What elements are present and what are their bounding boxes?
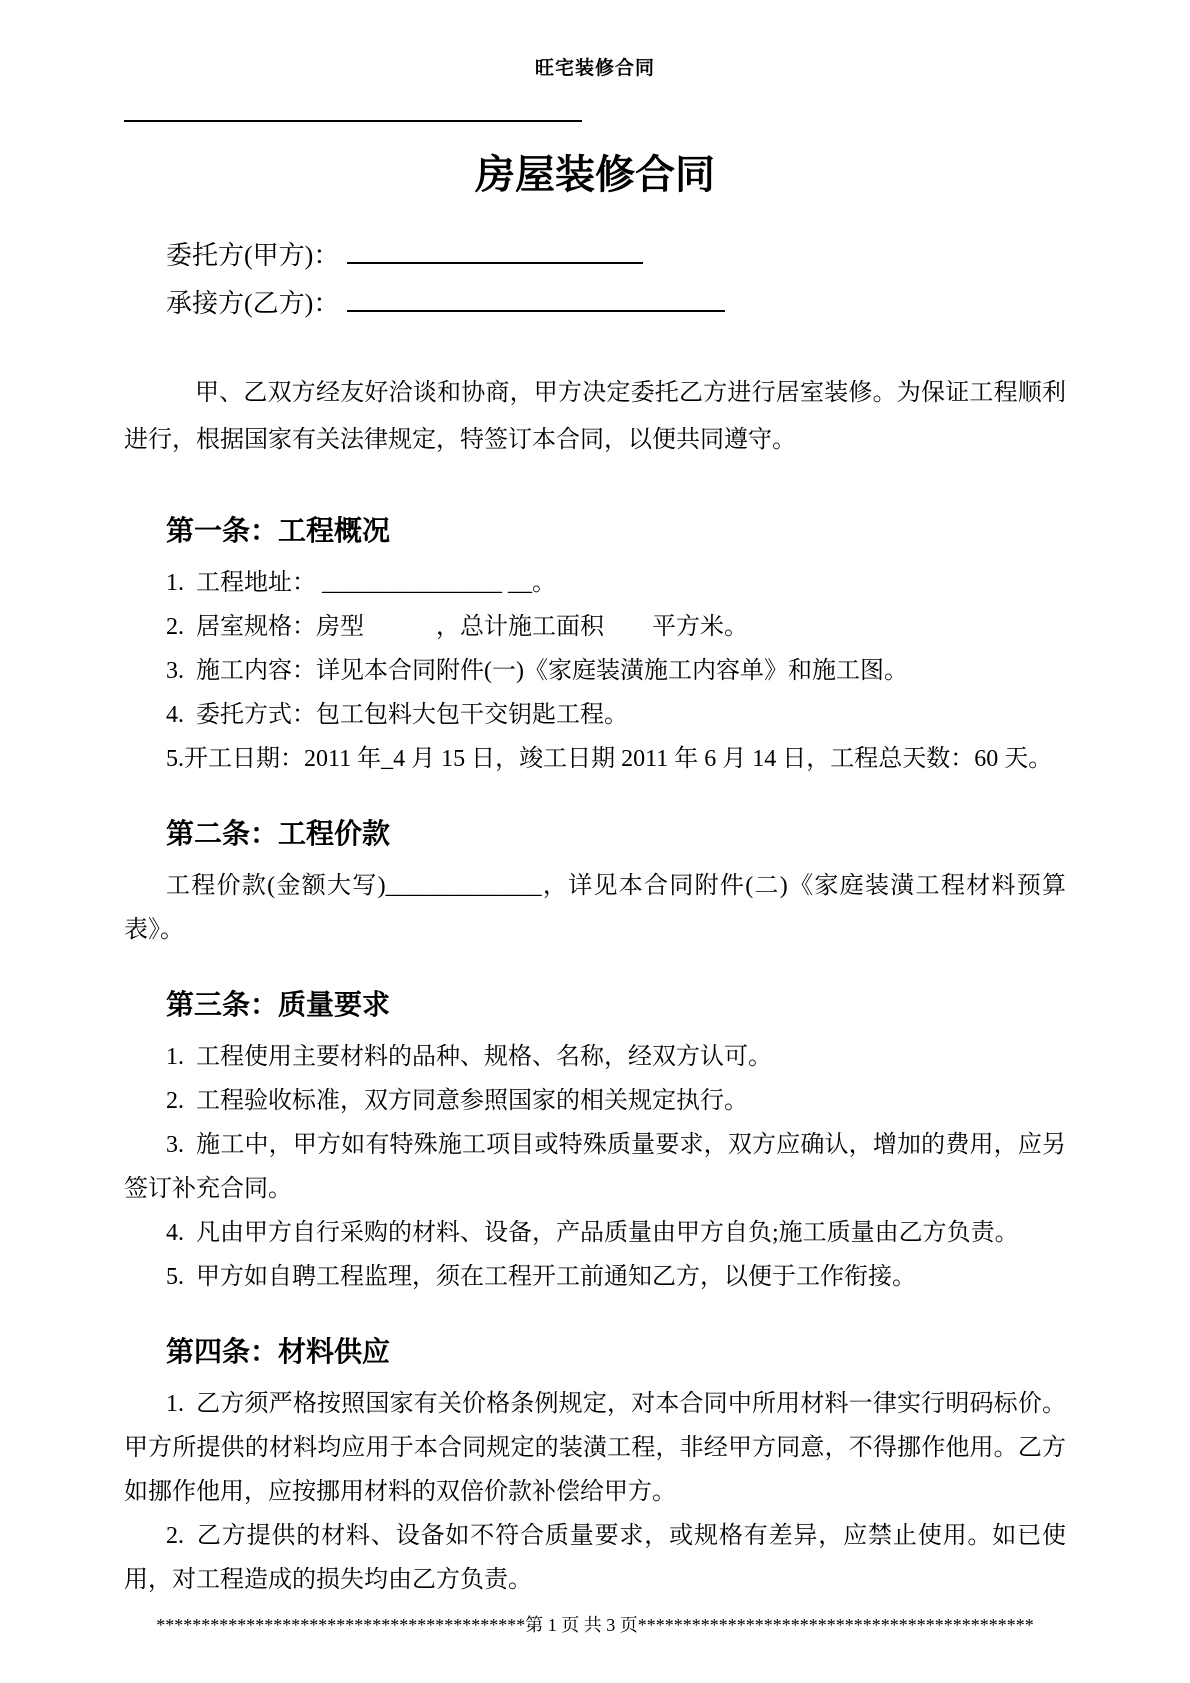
document-title: 房屋装修合同: [124, 146, 1066, 204]
clause-room-spec: 2. 居室规格：房型 ，总计施工面积 平方米。: [124, 605, 1066, 649]
footer-stars-left: ****************************************…: [156, 1615, 525, 1635]
running-header: 旺宅装修合同: [124, 56, 1066, 82]
party-a-label: 委托方(甲方)：: [166, 241, 339, 270]
clause-construction-content: 3. 施工内容：详见本合同附件(一)《家庭装潢施工内容单》和施工图。: [124, 649, 1066, 693]
section-project-overview: 第一条：工程概况 1. 工程地址： _______________ __。 2.…: [124, 514, 1066, 781]
clause-price: 工程价款(金额大写)_____________，详见本合同附件(二)《家庭装潢工…: [124, 864, 1066, 952]
intro-paragraph: 甲、乙双方经友好洽谈和协商，甲方决定委托乙方进行居室装修。为保证工程顺利进行，根…: [124, 370, 1066, 464]
clause-material-1: 1. 乙方须严格按照国家有关价格条例规定，对本合同中所用材料一律实行明码标价。甲…: [124, 1382, 1066, 1514]
section-3-heading: 第三条：质量要求: [166, 988, 1066, 1021]
clause-quality-4: 4. 凡由甲方自行采购的材料、设备，产品质量由甲方自负;施工质量由乙方负责。: [124, 1211, 1066, 1255]
header-rule: [124, 120, 582, 122]
page-content: 旺宅装修合同 房屋装修合同 委托方(甲方)： 承接方(乙方)： 甲、乙双方经友好…: [0, 0, 1190, 1638]
section-project-price: 第二条：工程价款 工程价款(金额大写)_____________，详见本合同附件…: [124, 817, 1066, 952]
party-b-label: 承接方(乙方)：: [166, 289, 339, 318]
contract-page: 旺宅装修合同 房屋装修合同 委托方(甲方)： 承接方(乙方)： 甲、乙双方经友好…: [0, 0, 1190, 1683]
section-material-supply: 第四条：材料供应 1. 乙方须严格按照国家有关价格条例规定，对本合同中所用材料一…: [124, 1335, 1066, 1602]
clause-project-dates: 5.开工日期：2011 年_4 月 15 日，竣工日期 2011 年 6 月 1…: [124, 737, 1066, 781]
section-quality-requirements: 第三条：质量要求 1. 工程使用主要材料的品种、规格、名称，经双方认可。 2. …: [124, 988, 1066, 1299]
section-4-heading: 第四条：材料供应: [166, 1335, 1066, 1368]
clause-quality-2: 2. 工程验收标准，双方同意参照国家的相关规定执行。: [124, 1079, 1066, 1123]
party-a-row: 委托方(甲方)：: [166, 232, 1066, 280]
clause-material-2: 2. 乙方提供的材料、设备如不符合质量要求，或规格有差异，应禁止使用。如已使用，…: [124, 1514, 1066, 1602]
party-b-blank-line: [347, 280, 725, 312]
clause-quality-3: 3. 施工中，甲方如有特殊施工项目或特殊质量要求，双方应确认，增加的费用，应另签…: [124, 1123, 1066, 1211]
clause-quality-1: 1. 工程使用主要材料的品种、规格、名称，经双方认可。: [124, 1035, 1066, 1079]
footer-page-number: 第 1 页 共 3 页: [525, 1615, 638, 1635]
clause-quality-5: 5. 甲方如自聘工程监理，须在工程开工前通知乙方，以便于工作衔接。: [124, 1255, 1066, 1299]
parties-block: 委托方(甲方)： 承接方(乙方)：: [166, 232, 1066, 328]
footer-stars-right: ****************************************…: [638, 1615, 1034, 1635]
party-b-row: 承接方(乙方)：: [166, 280, 1066, 328]
clause-commission-mode: 4. 委托方式：包工包料大包干交钥匙工程。: [124, 693, 1066, 737]
page-footer: ****************************************…: [124, 1612, 1066, 1638]
section-1-heading: 第一条：工程概况: [166, 514, 1066, 547]
clause-project-address: 1. 工程地址： _______________ __。: [124, 561, 1066, 605]
party-a-blank-line: [347, 232, 643, 264]
section-2-heading: 第二条：工程价款: [166, 817, 1066, 850]
